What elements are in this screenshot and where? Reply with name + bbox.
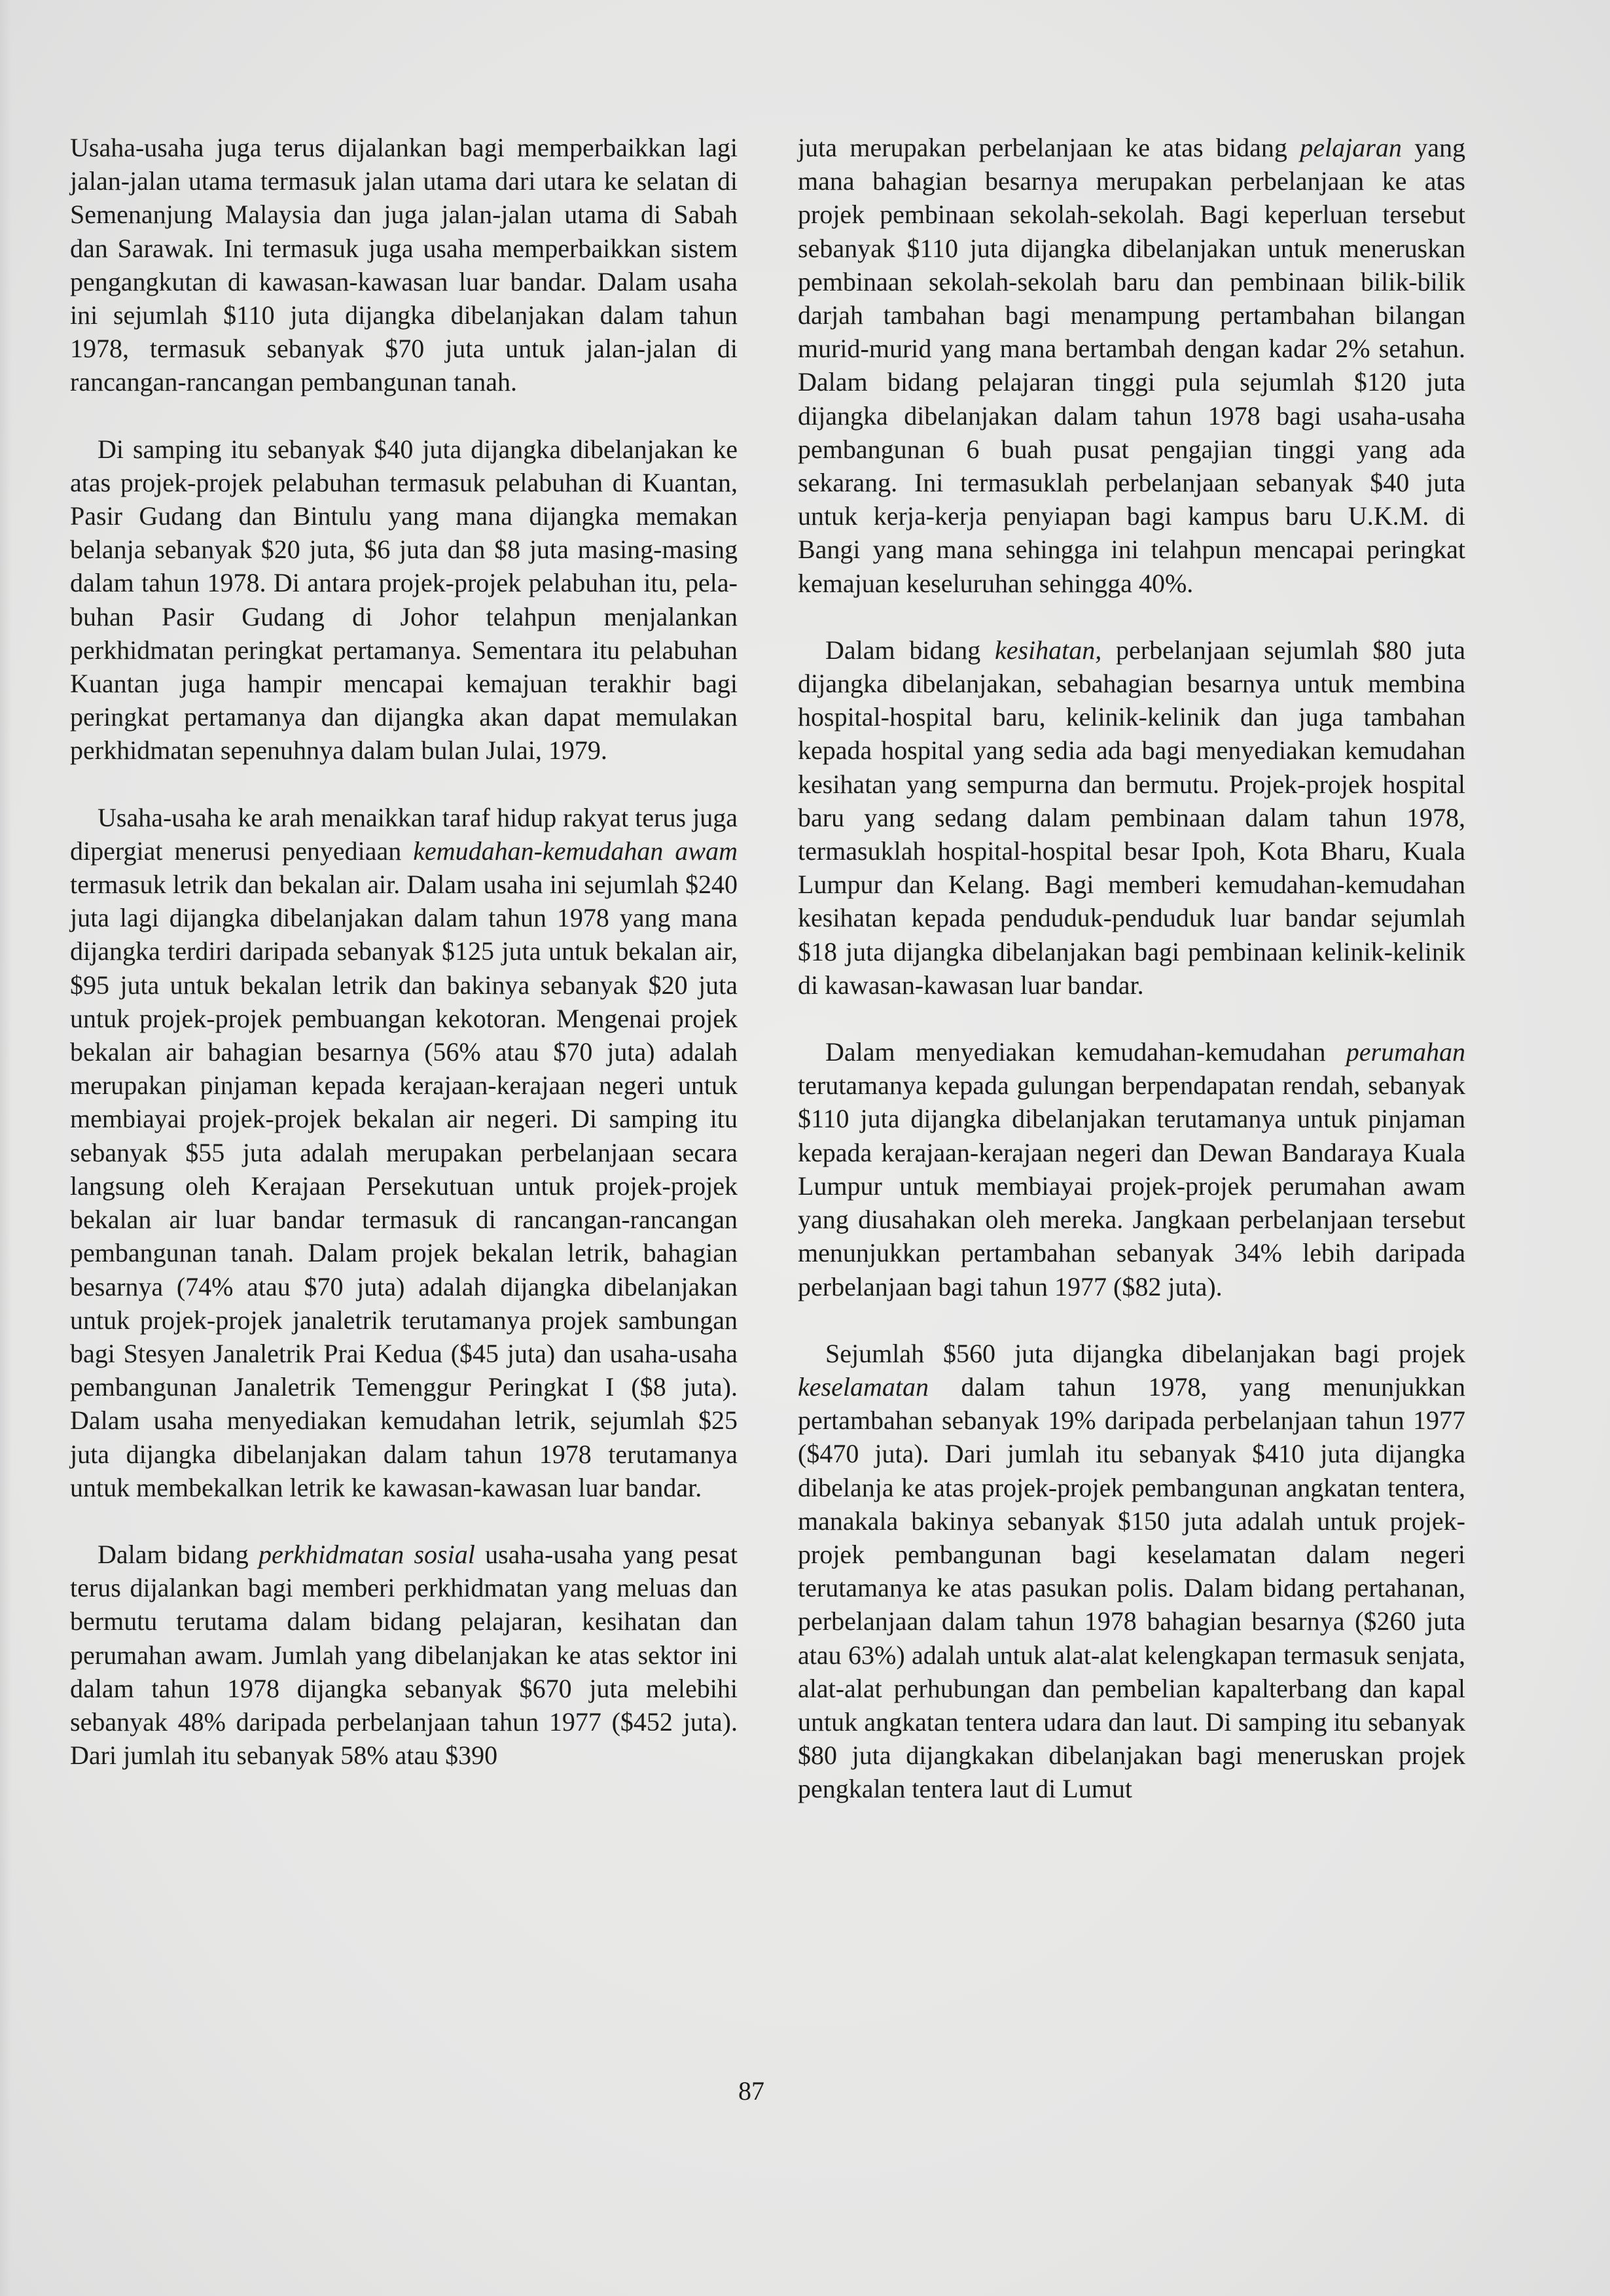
page-edge-shadow [0, 0, 12, 2296]
paragraph-text: termasuk letrik dan bekalan air. Dalam u… [70, 870, 738, 1502]
paragraph-education: juta merupakan perbelanjaan ke atas bida… [798, 131, 1465, 600]
paragraph-text: Usaha-usaha juga terus dijalankan bagi m… [70, 133, 738, 397]
paragraph-text: dalam tahun 1978, yang menunjuk­kan pert… [798, 1372, 1465, 1803]
italic-term: perkhidmatan sosial [259, 1540, 475, 1569]
paragraph-text: usaha-usaha yang pesat terus dijalankan … [70, 1540, 738, 1770]
italic-term: peru­mahan [1346, 1037, 1465, 1067]
paragraph-text: juta merupakan perbelanjaan ke atas bida… [798, 133, 1300, 162]
paragraph-text: Dalam menyediakan kemudahan-kemudahan [825, 1037, 1346, 1067]
paragraph-roads: Usaha-usaha juga terus dijalankan bagi m… [70, 131, 738, 399]
right-column: juta merupakan perbelanjaan ke atas bida… [798, 131, 1465, 1839]
document-page: Usaha-usaha juga terus dijalankan bagi m… [0, 0, 1610, 2296]
paragraph-social-services: Dalam bidang perkhidmatan sosial usaha-u… [70, 1538, 738, 1772]
paragraph-text: Di samping itu sebanyak $40 juta dijangk… [70, 434, 738, 766]
italic-term: keselamatan [798, 1372, 929, 1402]
paragraph-text: Dalam bidang [98, 1540, 259, 1569]
paragraph-text: Dalam bidang [825, 635, 995, 665]
italic-term: kemudahan-kemudahan awam [413, 836, 738, 866]
italic-term: kesihatan, [995, 635, 1101, 665]
paragraph-text: yang mana bahagian besarnya merupakan pe… [798, 133, 1465, 598]
paragraph-health: Dalam bidang kesihatan, perbelanjaan sej… [798, 633, 1465, 1002]
paragraph-ports: Di samping itu sebanyak $40 juta dijangk… [70, 433, 738, 768]
page-number: 87 [732, 2075, 771, 2106]
paragraph-text: terutamanya kepada gulungan berpendapata… [798, 1070, 1465, 1301]
paragraph-text: Sejumlah $560 juta dijangka dibelanjakan… [825, 1339, 1465, 1368]
paragraph-housing: Dalam menyediakan kemudahan-kemudahan pe… [798, 1035, 1465, 1303]
italic-term: pelajaran [1300, 133, 1402, 162]
left-column: Usaha-usaha juga terus dijalankan bagi m… [70, 131, 738, 1805]
paragraph-text: perbelanjaan sejumlah $80 juta dijangka … [798, 635, 1465, 1000]
paragraph-security: Sejumlah $560 juta dijangka dibelanjakan… [798, 1337, 1465, 1806]
paragraph-public-utilities: Usaha-usaha ke arah menaikkan taraf hidu… [70, 801, 738, 1504]
